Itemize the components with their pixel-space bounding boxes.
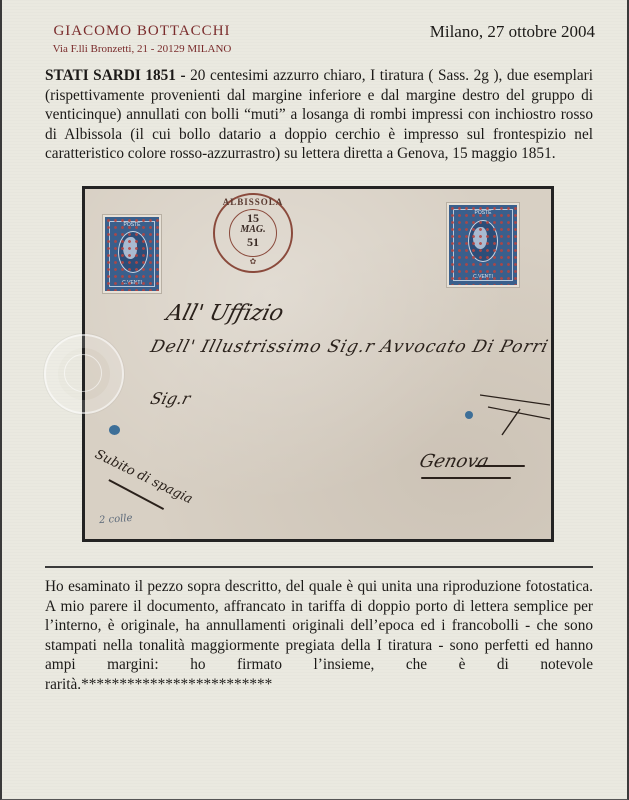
ink-blot: [109, 425, 120, 435]
expert-statement: Ho esaminato il pezzo sopra descritto, d…: [45, 577, 593, 694]
sender-letterhead: GIACOMO BOTTACCHI Via F.lli Bronzetti, 2…: [42, 22, 242, 56]
certificate-page: GIACOMO BOTTACCHI Via F.lli Bronzetti, 2…: [0, 0, 629, 800]
place-date: Milano, 27 ottobre 2004: [430, 22, 595, 42]
postmark-month: MAG.: [215, 224, 291, 235]
postmark-town: ALBISSOLA: [215, 197, 291, 207]
stamp-left: POSTE C.VENTI: [103, 215, 161, 293]
sender-name: GIACOMO BOTTACCHI: [42, 22, 242, 40]
handwritten-address-line2: Dell' Illustrissimo Sig.r Avvocato Di Po…: [148, 337, 551, 357]
destination-flourish: [475, 465, 525, 467]
postmark: ALBISSOLA 15 MAG. 51 ✿: [213, 193, 293, 273]
stamp-right: POSTE C.VENTI: [447, 203, 519, 287]
pencil-annotation: 2 colle: [99, 513, 133, 526]
postmark-year: 51: [215, 235, 291, 250]
ink-blot: [465, 411, 473, 419]
item-description: STATI SARDI 1851 - 20 centesimi azzurro …: [45, 66, 593, 164]
handwritten-destination: Genova: [417, 451, 491, 472]
letter-photo: POSTE C.VENTI ALBISSOLA 15 MAG. 51 ✿ POS…: [82, 186, 554, 542]
seal-inner-ring: [64, 354, 102, 392]
cancellation-icon: [449, 205, 517, 285]
handwritten-address-line3: Sig.r: [148, 389, 192, 408]
destination-underline: [421, 477, 511, 479]
sender-address: Via F.lli Bronzetti, 21 - 20129 MILANO: [42, 42, 242, 56]
section-divider: [45, 566, 593, 568]
cancellation-icon: [105, 217, 159, 291]
rate-mark-icon: [480, 387, 550, 437]
rosette-icon: ✿: [215, 257, 291, 266]
description-title: STATI SARDI 1851 -: [45, 67, 186, 84]
handwritten-address-line1: All' Uffizio: [164, 301, 287, 326]
embossed-seal-icon: [44, 334, 124, 414]
